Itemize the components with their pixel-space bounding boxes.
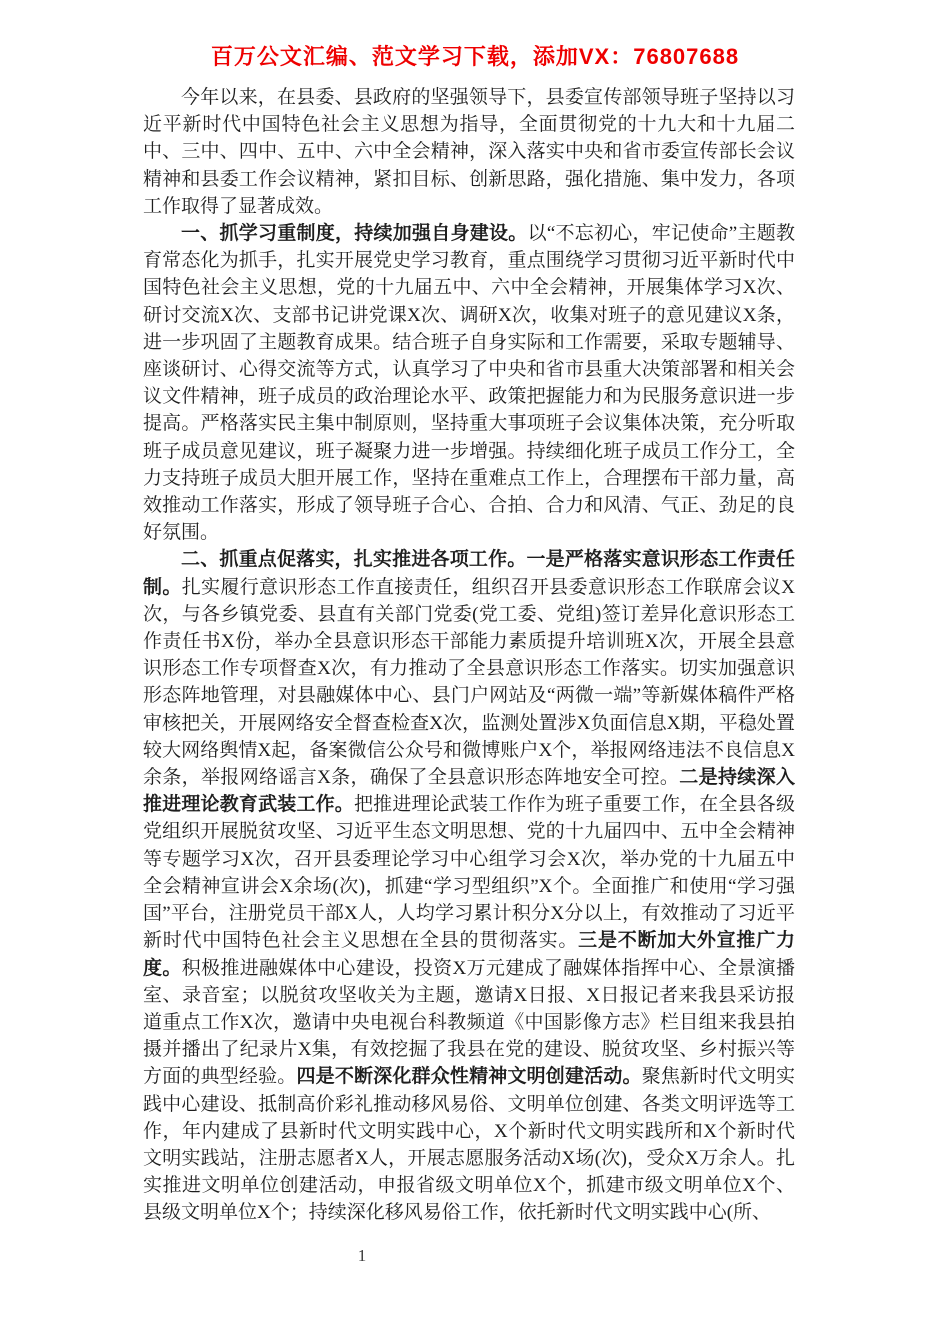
text-run: 以“不忘初心，牢记使命”主题教育常态化为抓手，扎实开展党史学习教育，重点围绕学习… bbox=[143, 223, 795, 543]
text-run: 扎实履行意识形态工作直接责任，组织召开县委意识形态工作联席会议X次，与各乡镇党委… bbox=[143, 577, 795, 788]
text-run: 今年以来，在县委、县政府的坚强领导下，县委宣传部领导班子坚持以习近平新时代中国特… bbox=[143, 87, 795, 217]
document-body: 今年以来，在县委、县政府的坚强领导下，县委宣传部领导班子坚持以习近平新时代中国特… bbox=[143, 84, 795, 1227]
document-page: 百万公文汇编、范文学习下载，添加VX：76807688 今年以来，在县委、县政府… bbox=[0, 0, 950, 1344]
page-number: 1 bbox=[332, 1246, 392, 1266]
paragraph: 今年以来，在县委、县政府的坚强领导下，县委宣传部领导班子坚持以习近平新时代中国特… bbox=[143, 84, 795, 220]
paragraph: 一、抓学习重制度，持续加强自身建设。以“不忘初心，牢记使命”主题教育常态化为抓手… bbox=[143, 220, 795, 546]
paragraph: 二、抓重点促落实，扎实推进各项工作。一是严格落实意识形态工作责任制。扎实履行意识… bbox=[143, 546, 795, 1226]
bold-run: 一、抓学习重制度，持续加强自身建设。 bbox=[181, 223, 528, 244]
promo-header: 百万公文汇编、范文学习下载，添加VX：76807688 bbox=[0, 40, 950, 71]
text-run: 把推进理论武装工作作为班子重要工作，在全县各级党组织开展脱贫攻坚、习近平生态文明… bbox=[143, 794, 795, 951]
text-run: 聚焦新时代文明实践中心建设、抵制高价彩礼推动移风易俗、文明单位创建、各类文明评选… bbox=[143, 1066, 795, 1223]
bold-run: 四是不断深化群众性精神文明创建活动。 bbox=[296, 1066, 641, 1087]
